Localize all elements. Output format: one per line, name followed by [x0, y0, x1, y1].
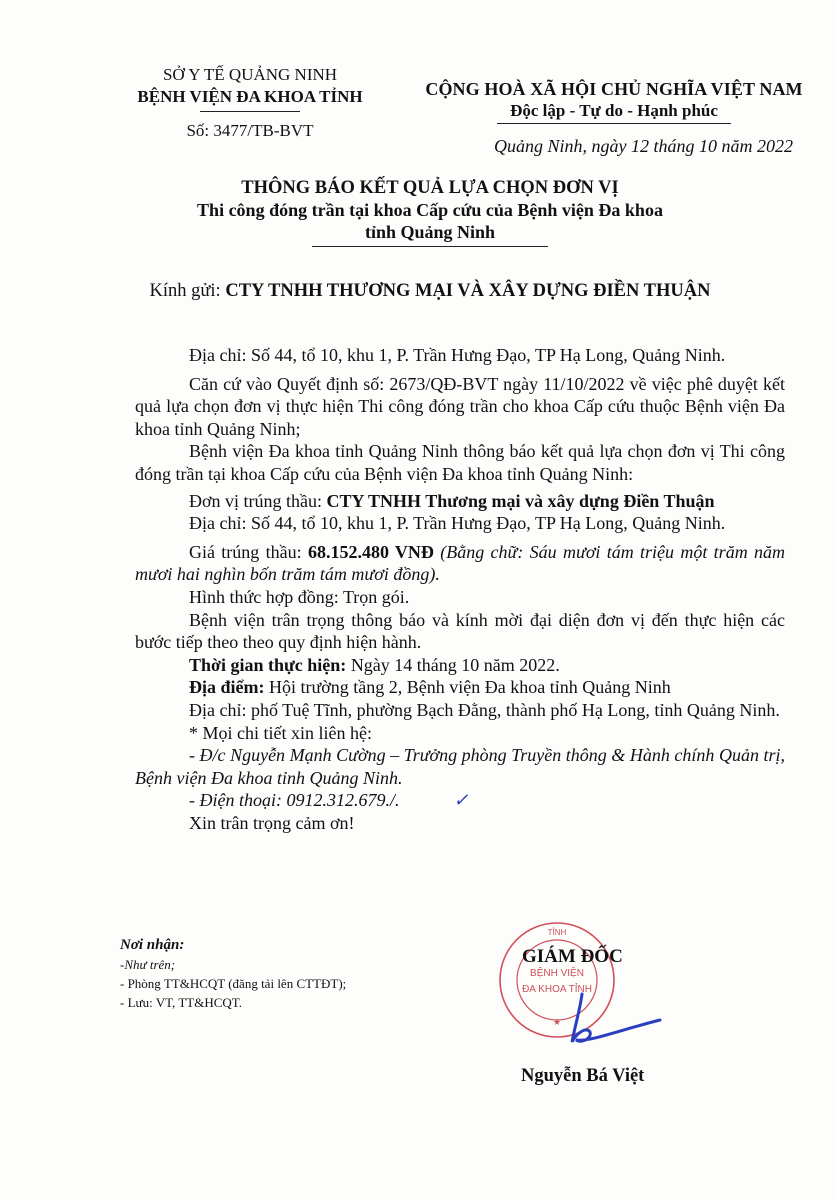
address-2: Địa chỉ: Số 44, tổ 10, khu 1, P. Trần Hư…: [135, 512, 785, 535]
divider: [312, 246, 548, 247]
recipient-label: Kính gửi:: [150, 281, 226, 301]
handwritten-signature-icon: [560, 990, 670, 1050]
national-header: CỘNG HOÀ XÃ HỘI CHỦ NGHĨA VIỆT NAM Độc l…: [404, 78, 824, 124]
recipient-item: - Lưu: VT, TT&HCQT.: [120, 993, 346, 1012]
price-label: Giá trúng thầu:: [189, 542, 308, 562]
contact-phone: - Điện thoại: 0912.312.679./.✓: [135, 789, 785, 812]
venue-label: Địa điểm:: [189, 677, 265, 697]
contract-type: Hình thức hợp đồng: Trọn gói.: [135, 586, 785, 609]
stamp-top-text: TỈNH: [548, 928, 567, 937]
venue-value: Hội trường tầng 2, Bệnh viện Đa khoa tỉn…: [265, 677, 671, 697]
country-name: CỘNG HOÀ XÃ HỘI CHỦ NGHĨA VIỆT NAM: [404, 78, 824, 100]
recipients-list: Nơi nhận: -Như trên; - Phòng TT&HCQT (đă…: [120, 936, 346, 1012]
document-number: Số: 3477/TB-BVT: [100, 120, 400, 142]
price-value: 68.152.480 VNĐ: [308, 542, 434, 562]
time-value: Ngày 14 tháng 10 năm 2022.: [346, 655, 559, 675]
signer-name: Nguyễn Bá Việt: [521, 1066, 644, 1087]
winning-price: Giá trúng thầu: 68.152.480 VNĐ (Bằng chữ…: [135, 541, 785, 586]
title-sub-2: tỉnh Quảng Ninh: [130, 221, 730, 243]
closing: Xin trân trọng cảm ơn!: [135, 812, 785, 835]
contact-person: - Đ/c Nguyễn Mạnh Cường – Trưởng phòng T…: [135, 744, 785, 789]
divider: [200, 111, 300, 112]
venue: Địa điểm: Hội trường tầng 2, Bệnh viện Đ…: [135, 676, 785, 699]
document-body: Địa chỉ: Số 44, tổ 10, khu 1, P. Trần Hư…: [135, 344, 785, 834]
document-title: THÔNG BÁO KẾT QUẢ LỰA CHỌN ĐƠN VỊ Thi cô…: [130, 177, 730, 247]
winner: Đơn vị trúng thầu: CTY TNHH Thương mại v…: [135, 490, 785, 513]
hospital-name: BỆNH VIỆN ĐA KHOA TỈNH: [100, 86, 400, 108]
recipient-item: -Như trên;: [120, 955, 346, 974]
address-1: Địa chỉ: Số 44, tổ 10, khu 1, P. Trần Hư…: [135, 344, 785, 367]
department-name: SỞ Y TẾ QUẢNG NINH: [100, 64, 400, 86]
winner-name: CTY TNHH Thương mại và xây dựng Điền Thu…: [327, 491, 715, 511]
issuer-header: SỞ Y TẾ QUẢNG NINH BỆNH VIỆN ĐA KHOA TỈN…: [100, 64, 400, 142]
national-motto: Độc lập - Tự do - Hạnh phúc: [404, 100, 824, 122]
recipient-item: - Phòng TT&HCQT (đăng tải lên CTTĐT);: [120, 974, 346, 993]
time-label: Thời gian thực hiện:: [189, 655, 346, 675]
recipient: Kính gửi: CTY TNHH THƯƠNG MẠI VÀ XÂY DỰN…: [130, 280, 730, 302]
legal-basis: Căn cứ vào Quyết định số: 2673/QĐ-BVT ng…: [135, 373, 785, 441]
invitation: Bệnh viện trân trọng thông báo và kính m…: [135, 609, 785, 654]
recipients-heading: Nơi nhận:: [120, 936, 346, 955]
winner-label: Đơn vị trúng thầu:: [189, 491, 327, 511]
title-main: THÔNG BÁO KẾT QUẢ LỰA CHỌN ĐƠN VỊ: [130, 177, 730, 199]
recipient-name: CTY TNHH THƯƠNG MẠI VÀ XÂY DỰNG ĐIỀN THU…: [225, 281, 710, 301]
document-date: Quảng Ninh, ngày 12 tháng 10 năm 2022: [494, 136, 793, 157]
initial-mark-icon: ✓: [399, 789, 468, 812]
divider: [497, 123, 731, 124]
signer-position: GIÁM ĐỐC: [522, 946, 623, 968]
title-sub-1: Thi công đóng trần tại khoa Cấp cứu của …: [130, 199, 730, 221]
announcement: Bệnh viện Đa khoa tỉnh Quảng Ninh thông …: [135, 440, 785, 485]
venue-address: Địa chỉ: phố Tuệ Tĩnh, phường Bạch Đằng,…: [135, 699, 785, 722]
execution-time: Thời gian thực hiện: Ngày 14 tháng 10 nă…: [135, 654, 785, 677]
contact-intro: * Mọi chi tiết xin liên hệ:: [135, 722, 785, 745]
phone-text: - Điện thoại: 0912.312.679./.: [189, 790, 399, 810]
